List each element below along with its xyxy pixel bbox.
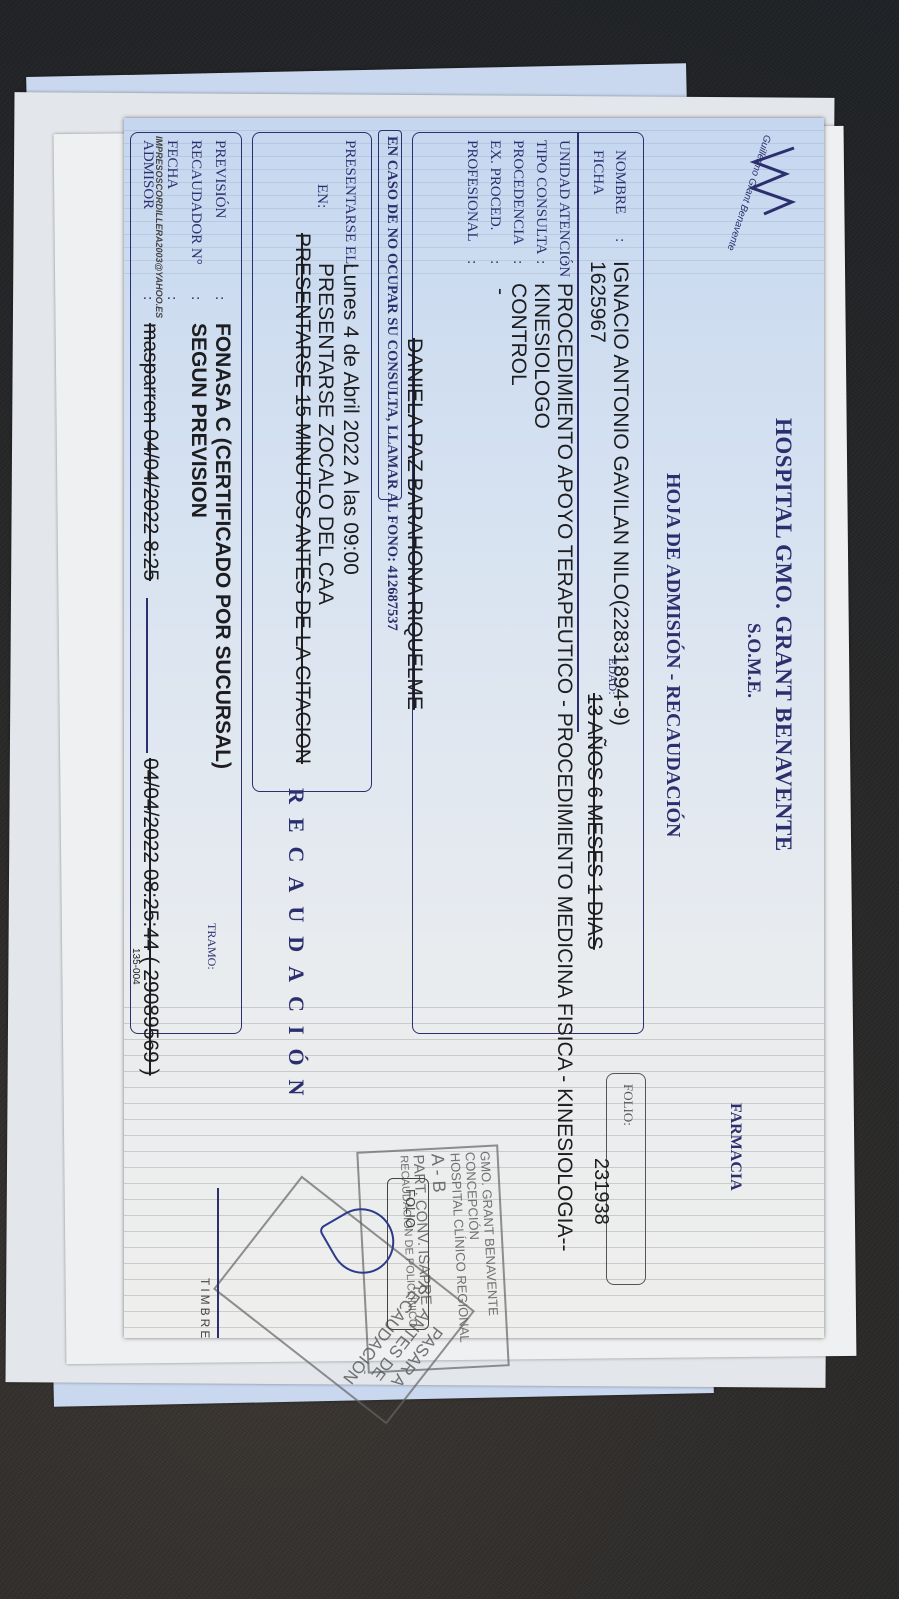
timbre-label: TIMBRE [198, 1278, 212, 1341]
colon: : [463, 260, 480, 264]
unidad-value: PROCEDIMIENTO APOYO TERAPEUTICO - PROCED… [552, 283, 576, 1251]
recaudador-label: RECAUDADOR N° [187, 140, 204, 265]
ex-proced-label: EX. PROCED. [486, 140, 503, 230]
en-label: EN: [313, 184, 330, 208]
tramo-label: TRAMO: [204, 923, 219, 970]
print-timestamp: 04/04/2022 08:25:44 ( 29089569 ) [138, 758, 162, 1076]
cancel-notice: EN CASO DE NO OCUPAR SU CONSULTA, LLAMAR… [383, 136, 400, 631]
admission-form: Guillermo Grant Benavente HOSPITAL GMO. … [124, 118, 824, 1338]
stamp-folio-box: FOLIO: [387, 1178, 429, 1330]
folio-value: 231938 [589, 1158, 612, 1225]
nombre-value: IGNACIO ANTONIO GAVILAN NILO(22831894-9) [608, 261, 632, 726]
colon: : [532, 260, 549, 264]
edad-label: EDAD: [605, 658, 620, 695]
tipo-consulta-value: KINESIOLOGO [529, 283, 553, 429]
fecha-label: FECHA [163, 140, 180, 189]
ficha-value: 1625967 [585, 261, 609, 343]
colon: : [211, 296, 228, 300]
colon: : [611, 238, 628, 242]
arrival-instruction: PRESENTARSE 15 MINUTOS ANTES DE LA CITAC… [290, 233, 314, 764]
terminal-code: 135-004 [130, 948, 141, 985]
profesional-value: DANIELA PAZ BARAHONA RIQUELME [402, 338, 426, 710]
appointment-datetime: Lunes 4 de Abril 2022 A las 09:00 [338, 263, 362, 575]
ex-proced-value: - [488, 288, 512, 295]
stamp-folio-label: FOLIO: [403, 1189, 418, 1232]
unidad-label: UNIDAD ATENCIÓN [555, 140, 572, 277]
procedencia-label: PROCEDENCIA [509, 140, 526, 245]
edad-value: 13 AÑOS 6 MESES 1 DIAS [582, 693, 606, 950]
colon: : [163, 296, 180, 300]
procedencia-value: CONTROL [506, 283, 530, 386]
recaudacion-label: RECAUDACIÓN [283, 788, 309, 1109]
colon: : [555, 260, 572, 264]
timbre-line [217, 1188, 219, 1338]
section-label: FARMACIA [726, 1103, 744, 1191]
form-title: HOJA DE ADMISIÓN - RECAUDACIÓN [661, 473, 684, 837]
folio-label: FOLIO: [620, 1084, 636, 1126]
appointment-location: PRESENTARSE ZOCALO DEL CAA [313, 263, 337, 605]
printer-credit: IMPRESOSCORDILLERA2003@YAHOO.ES [154, 136, 164, 318]
colon: : [509, 260, 526, 264]
divider [577, 132, 579, 732]
colon: : [486, 260, 503, 264]
hospital-name: HOSPITAL GMO. GRANT BENAVENTE [770, 418, 796, 852]
nombre-label: NOMBRE [611, 150, 628, 214]
colon: : [187, 296, 204, 300]
department-name: S.O.M.E. [742, 623, 764, 698]
prevision-label: PREVISIÓN [211, 140, 228, 218]
prevision-value: FONASA C (CERTIFICADO POR SUCURSAL) [210, 323, 234, 769]
tipo-consulta-label: TIPO CONSULTA [532, 140, 549, 255]
profesional-label: PROFESIONAL [463, 140, 480, 242]
recaudador-value: SEGUN PREVISION [186, 323, 210, 518]
ficha-label: FICHA [589, 150, 606, 195]
signature-line [146, 598, 148, 753]
presentarse-label: PRESENTARSE EL: [341, 140, 358, 268]
admisor-value: masparren 04/04/2022 8:25 [138, 323, 162, 581]
